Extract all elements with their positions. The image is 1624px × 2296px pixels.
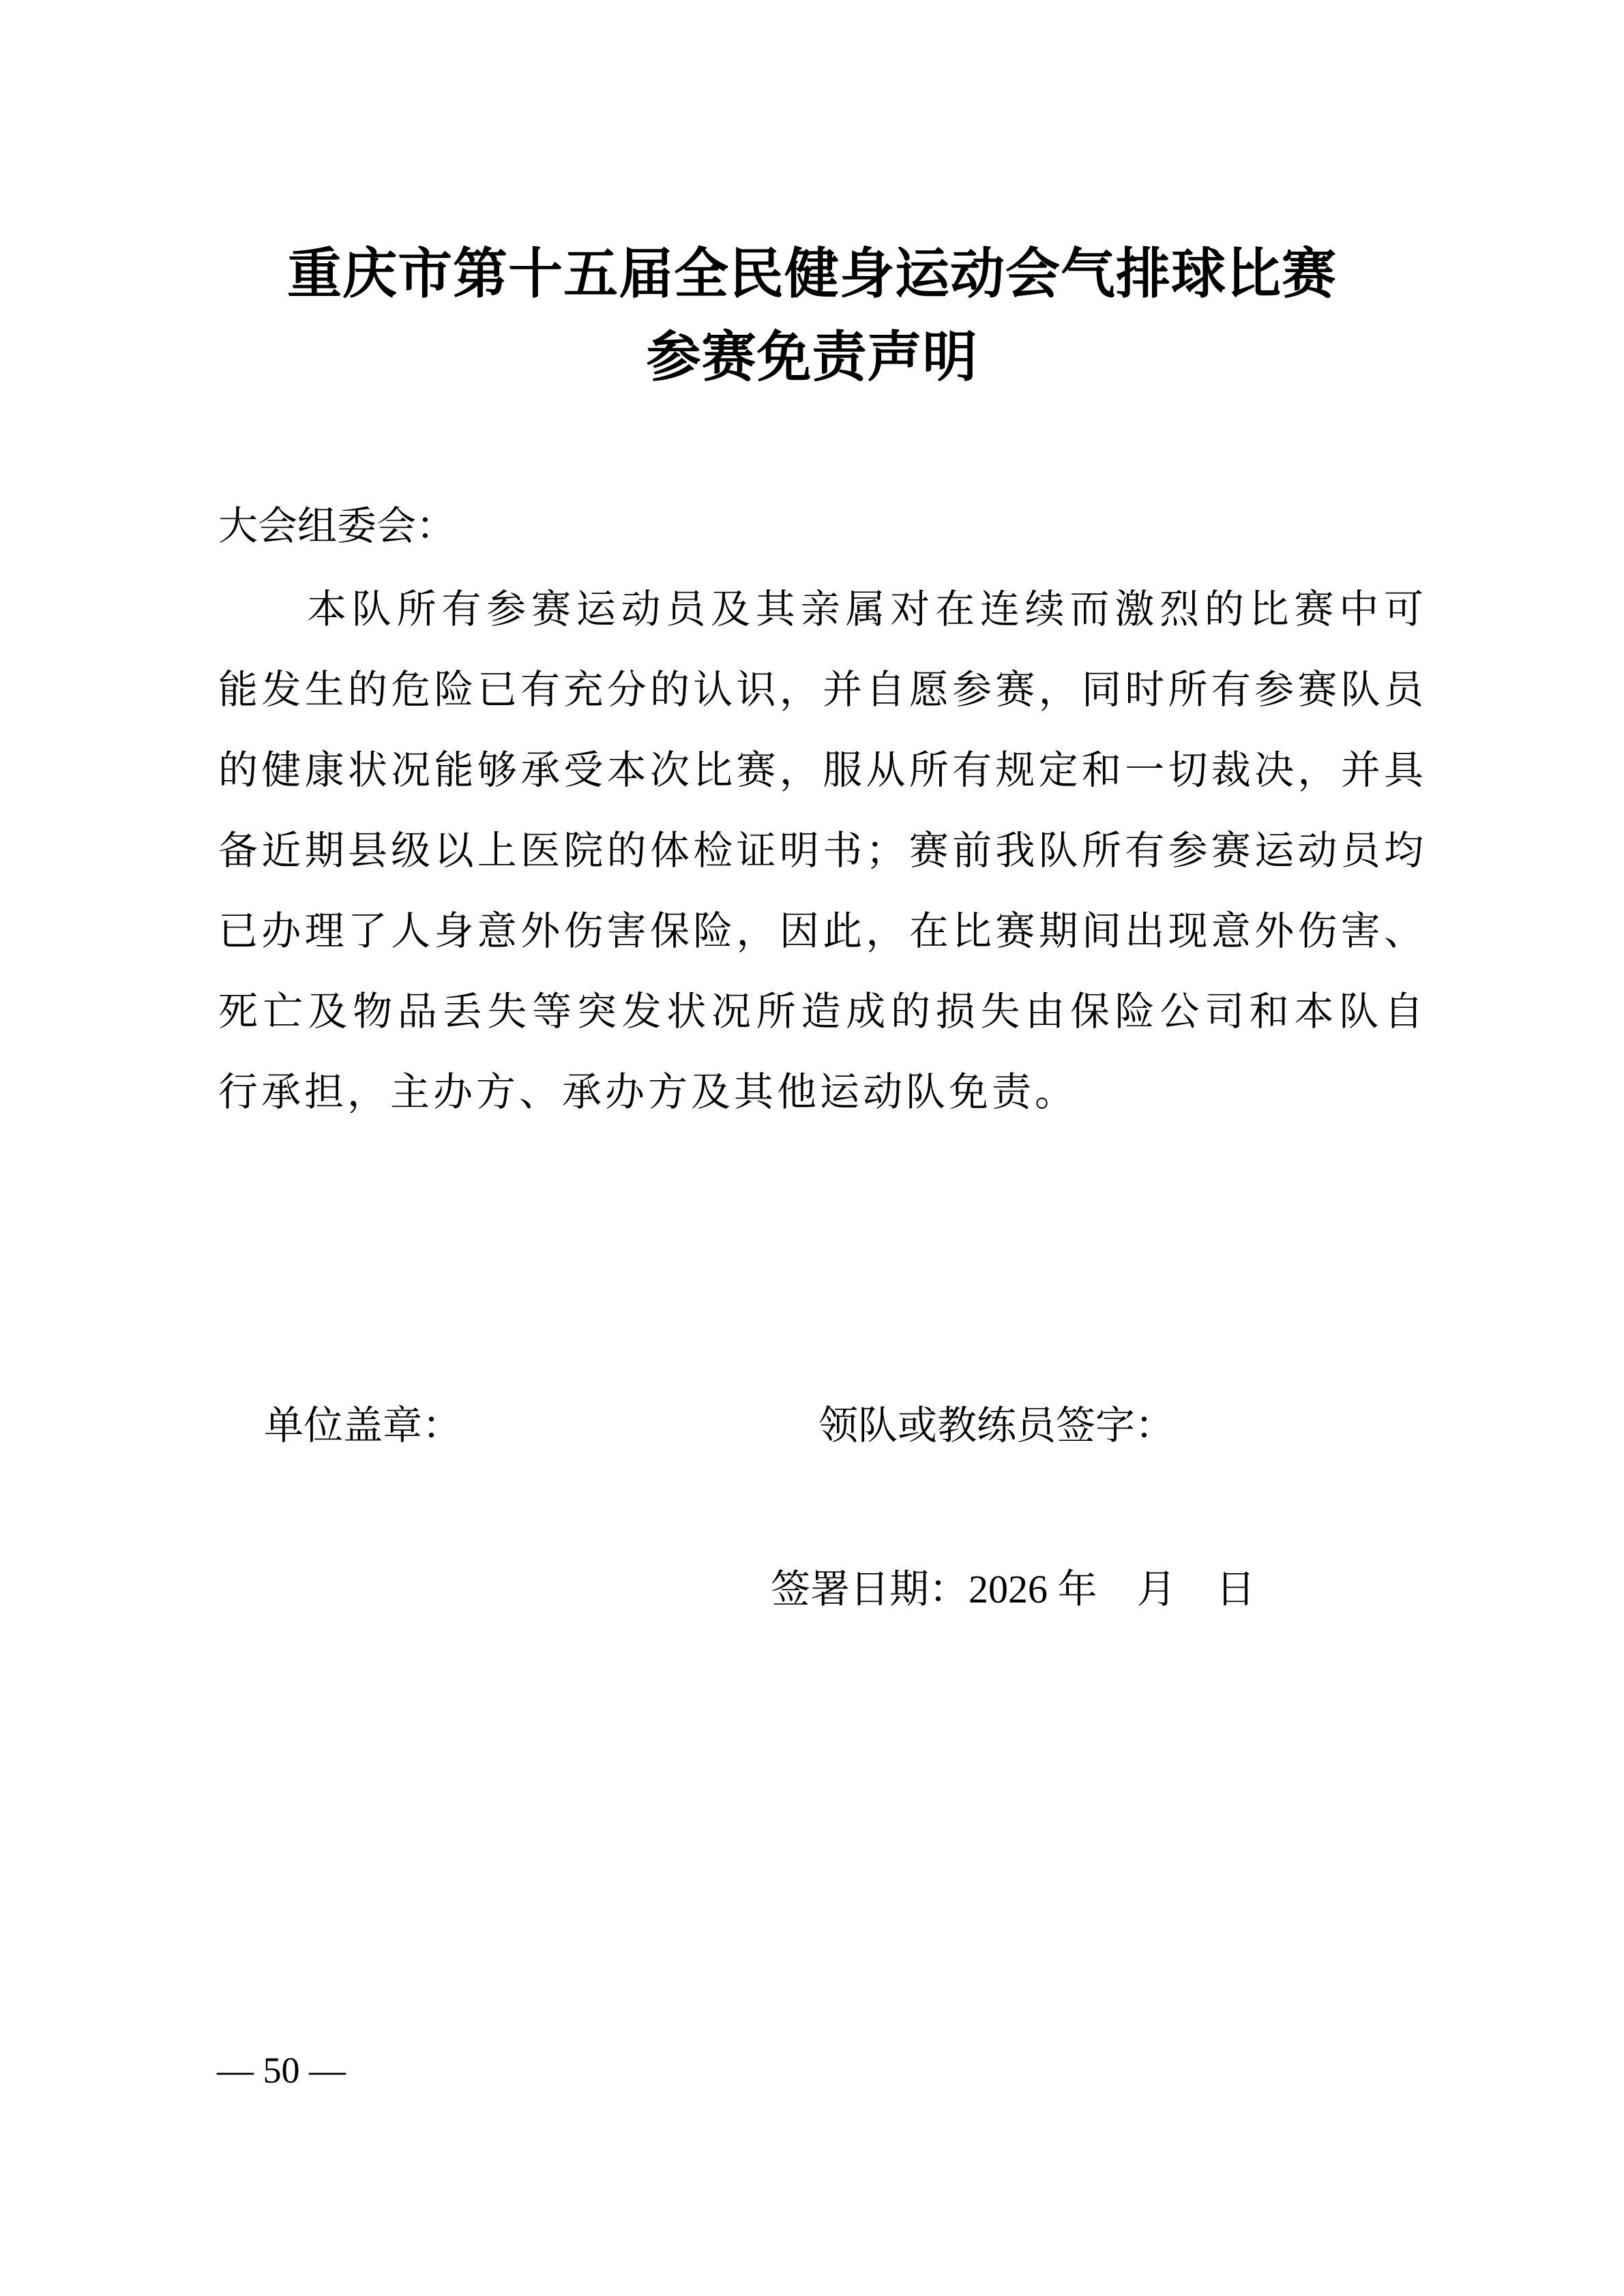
paragraph-line: 能发生的危险已有充分的认识，并自愿参赛，同时所有参赛队员 [218,650,1427,730]
paragraph-line: 备近期县级以上医院的体检证明书；赛前我队所有参赛运动员均 [218,811,1427,891]
document-page: 重庆市第十五届全民健身运动会气排球比赛 参赛免责声明 大会组委会： 本队所有参赛… [0,0,1624,2296]
body-paragraph: 本队所有参赛运动员及其亲属对在连续而激烈的比赛中可 能发生的危险已有充分的认识，… [218,569,1427,1133]
signing-date-line: 签署日期：2026 年 月 日 [771,1568,1256,1611]
paragraph-line: 已办理了人身意外伤害保险，因此，在比赛期间出现意外伤害、 [218,891,1427,972]
page-number: — 50 — [217,2051,346,2089]
document-title-line-2: 参赛免责声明 [0,316,1624,400]
salutation: 大会组委会： [218,506,456,547]
paragraph-line: 行承担，主办方、承办方及其他运动队免责。 [218,1052,1427,1133]
document-title-line-1: 重庆市第十五届全民健身运动会气排球比赛 [0,233,1624,316]
paragraph-line: 的健康状况能够承受本次比赛，服从所有规定和一切裁决，并具 [218,730,1427,811]
unit-stamp-label: 单位盖章： [264,1405,462,1447]
paragraph-line: 死亡及物品丢失等突发状况所造成的损失由保险公司和本队自 [218,972,1427,1052]
paragraph-line: 本队所有参赛运动员及其亲属对在连续而激烈的比赛中可 [218,569,1427,650]
leader-signature-label: 领队或教练员签字： [818,1405,1175,1447]
document-title: 重庆市第十五届全民健身运动会气排球比赛 参赛免责声明 [0,233,1624,400]
